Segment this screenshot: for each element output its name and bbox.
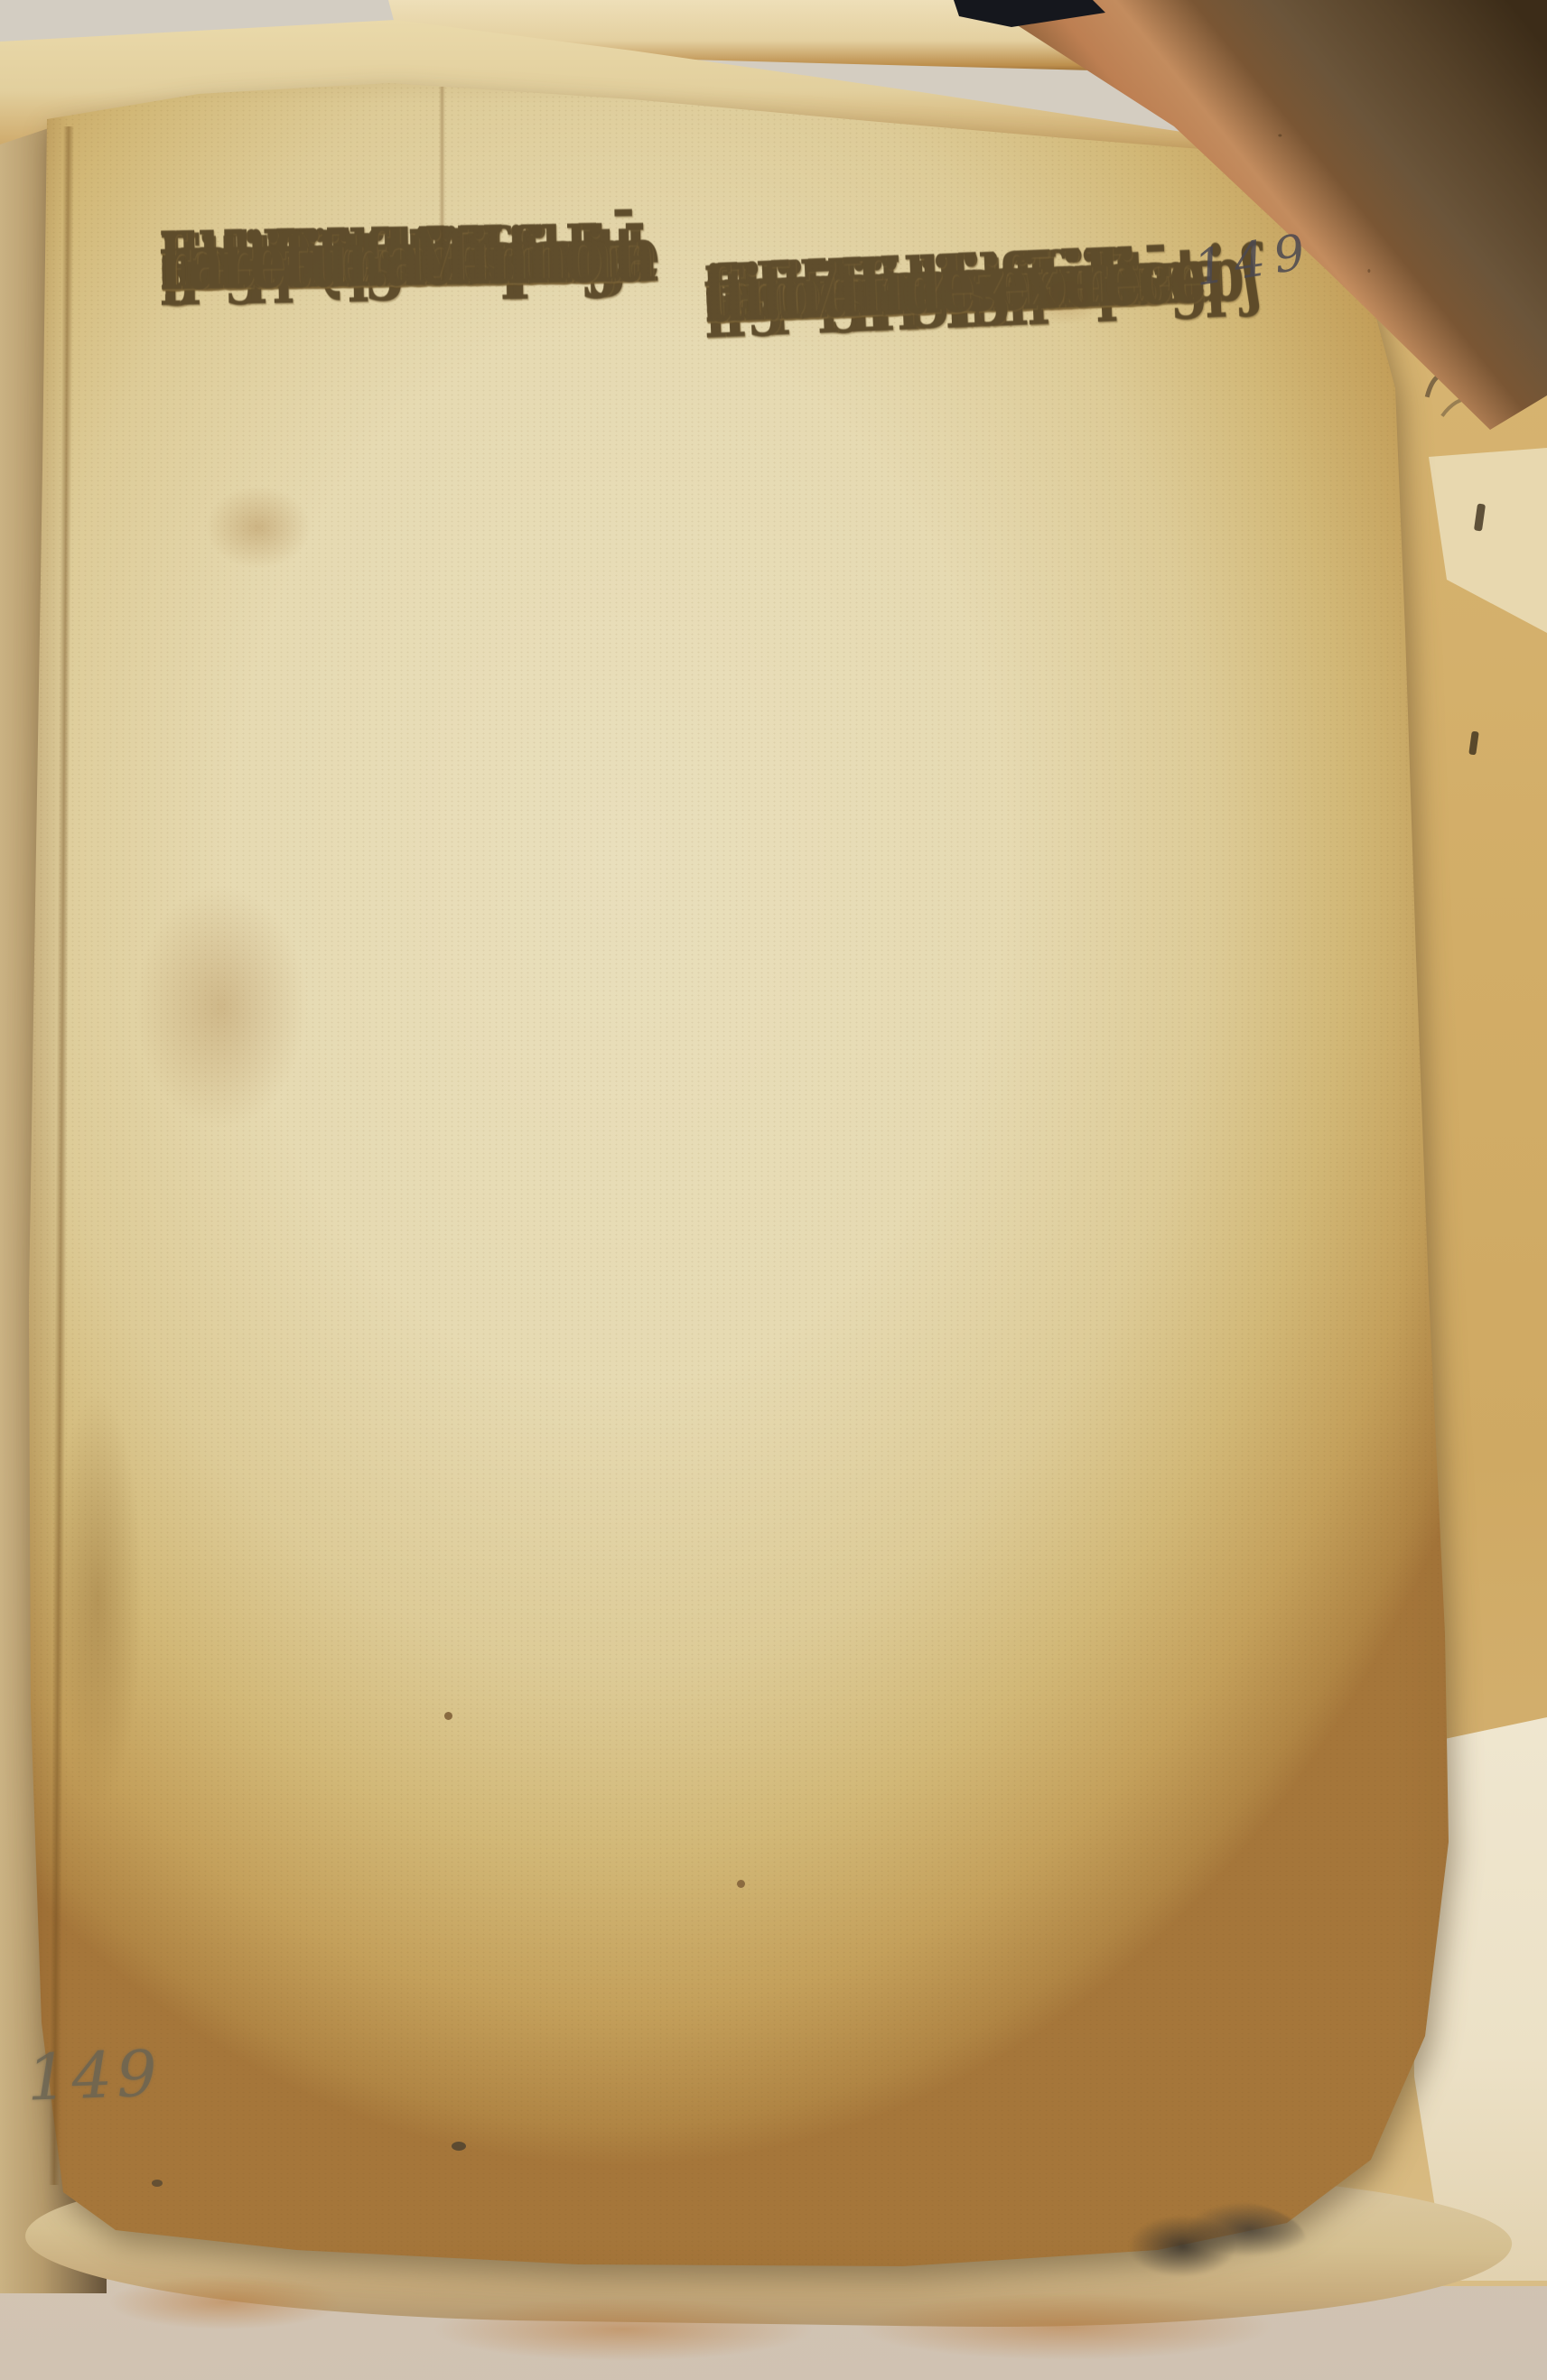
parchment-stain [206,486,311,569]
text-line: ui. 7 fideʒ x̄ recepʃ [703,237,1260,331]
parchment-stain [135,885,307,1129]
ink-speck [737,1880,745,1888]
parchment-stain [52,1390,143,1806]
text-column-left: mamillis decollari. Que cū admātirium du… [159,218,687,228]
manuscript-page-wrap [0,0,1547,2380]
manuscript-photo: mamillis decollari. Que cū admātirium du… [0,0,1547,2380]
ink-speck [452,2142,466,2151]
ink-smudge [1116,2199,1306,2284]
ink-speck [444,1712,452,1720]
folio-number-bottom: 149 [26,2036,163,2115]
ink-speck [152,2180,163,2187]
parchment-page [0,0,1547,2380]
text-line: raretur. Mini [159,221,547,300]
